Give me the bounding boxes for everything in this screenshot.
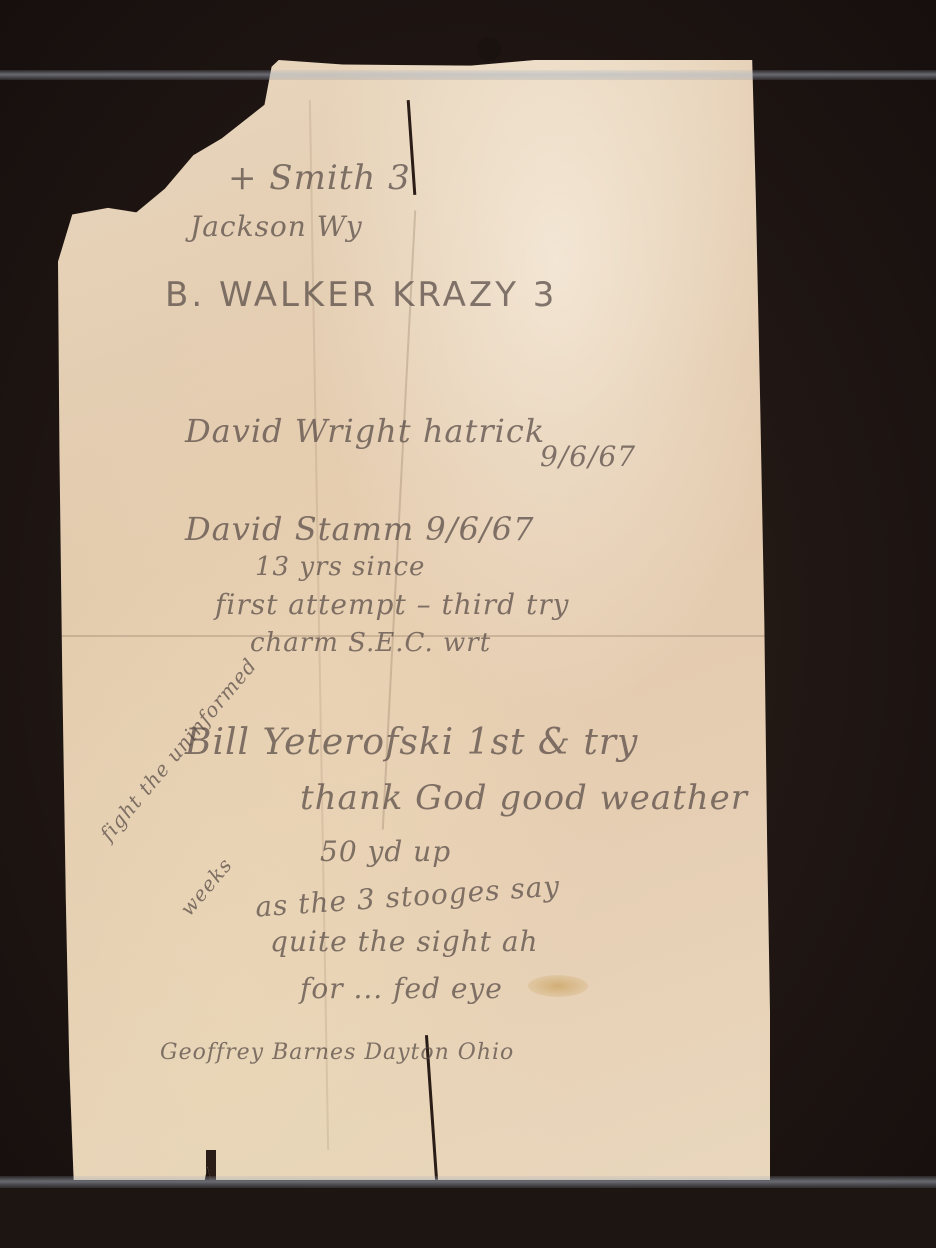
note-line: David Wright hatrick: [185, 412, 545, 450]
note-line: + Smith 3: [228, 158, 411, 198]
note-line: Bill Yeterofski 1st & try: [185, 722, 638, 763]
note-line: Geoffrey Barnes Dayton Ohio: [160, 1040, 514, 1065]
note-line: first attempt – third try: [215, 588, 569, 621]
note-line: charm S.E.C. wrt: [250, 628, 491, 658]
display-base: [0, 1186, 936, 1248]
note-line: 9/6/67: [540, 440, 636, 473]
glass-frame-bottom-edge: [0, 1176, 936, 1188]
note-line: for ... fed eye: [300, 972, 503, 1005]
glass-frame-top-edge: [0, 70, 936, 80]
note-line: 50 yd up: [320, 835, 451, 868]
note-line: quite the sight ah: [270, 925, 539, 958]
note-line: thank God good weather: [300, 778, 748, 818]
note-line: Jackson Wy: [190, 210, 363, 243]
note-line: David Stamm 9/6/67: [185, 510, 534, 548]
note-line: 13 yrs since: [255, 552, 425, 582]
stain: [528, 975, 588, 997]
note-line: B. WALKER KRAZY 3: [165, 275, 557, 315]
pin-hole: [477, 37, 501, 61]
